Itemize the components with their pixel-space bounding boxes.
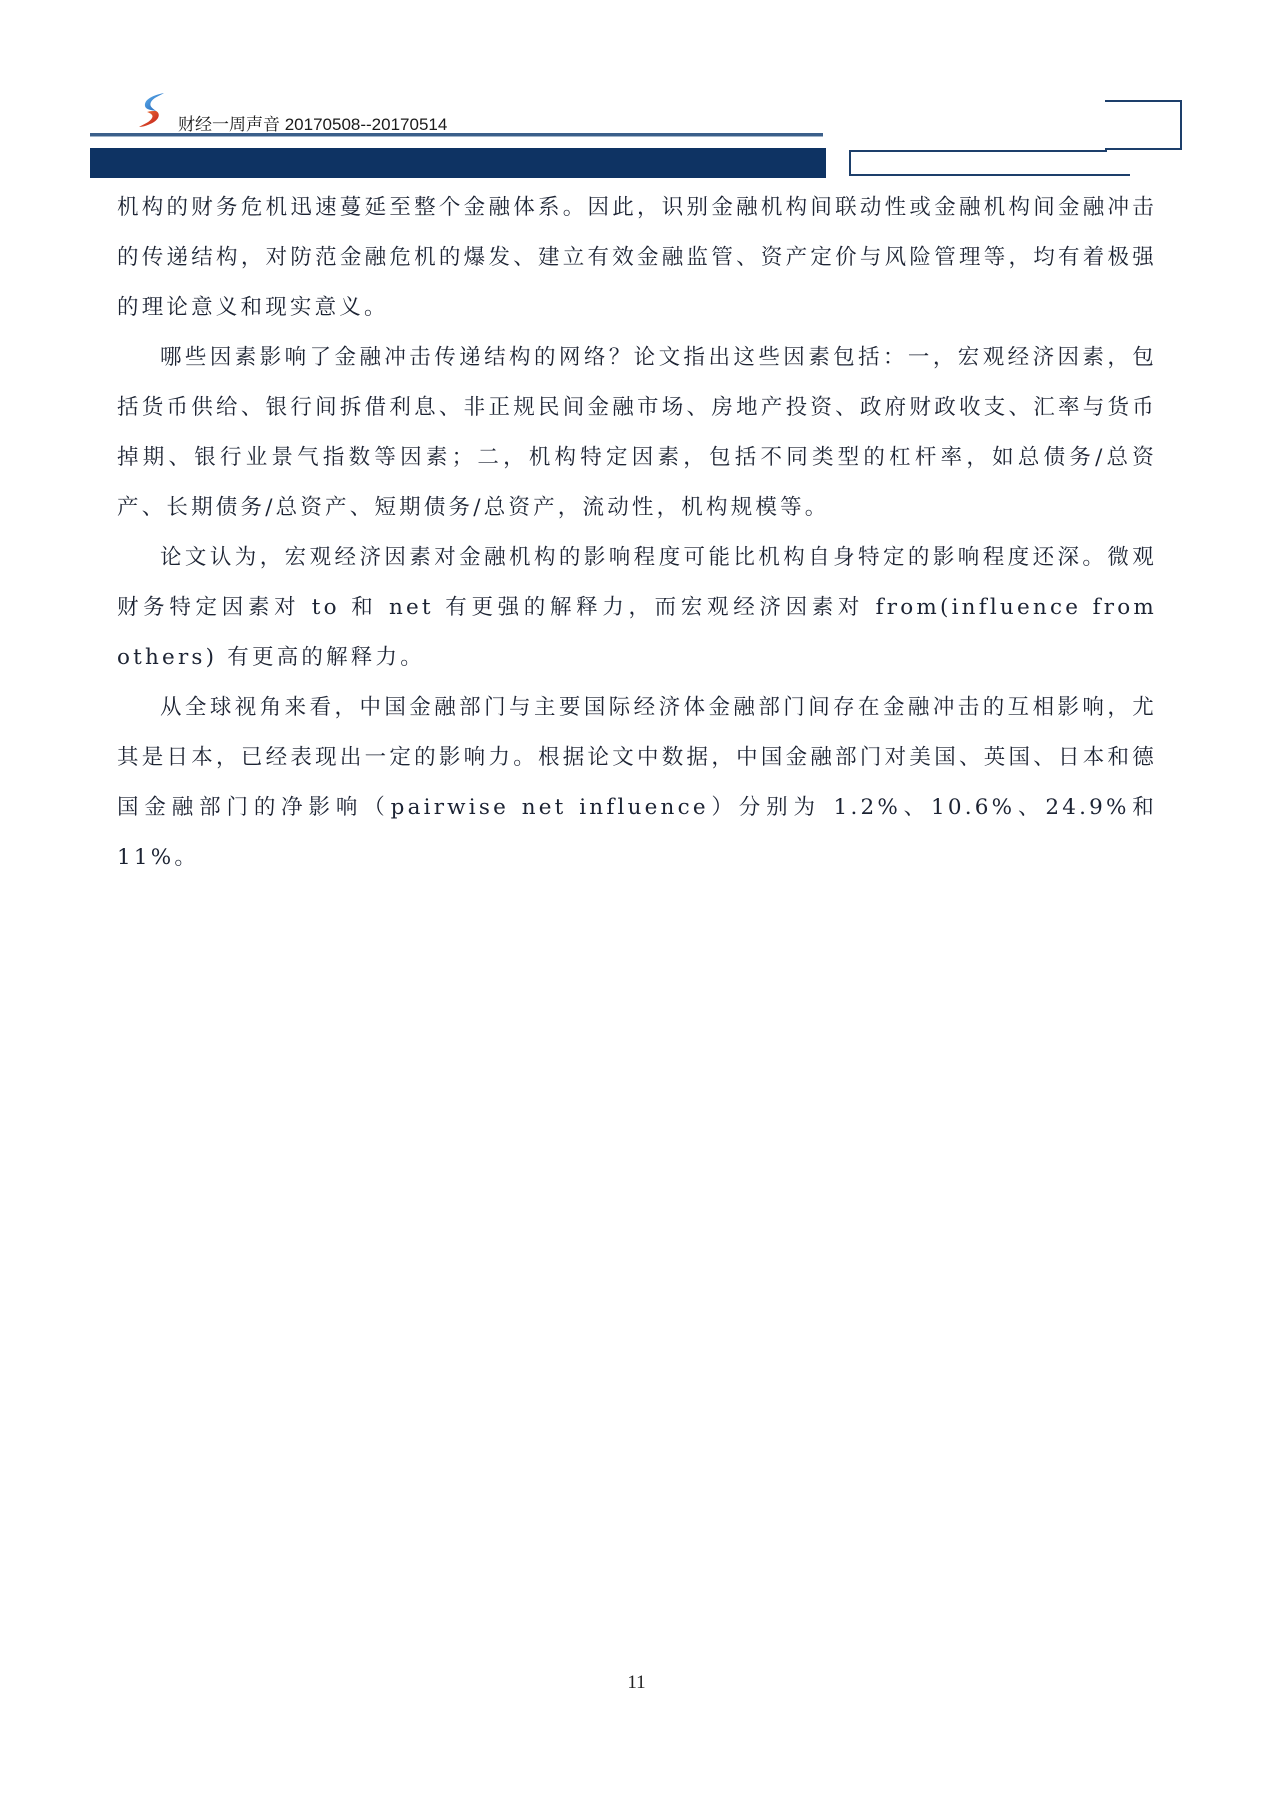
paragraph-influencing-factors: 哪些因素影响了金融冲击传递结构的网络？论文指出这些因素包括：一，宏观经济因素，包…	[117, 333, 1157, 533]
page-header: 财经一周声音 20170508--20170514	[0, 0, 1273, 180]
paragraph-continuation: 机构的财务危机迅速蔓延至整个金融体系。因此，识别金融机构间联动性或金融机构间金融…	[117, 183, 1157, 333]
header-frame-decoration	[1105, 100, 1182, 150]
s-swoosh-logo-icon	[138, 92, 166, 128]
paragraph-macro-vs-micro: 论文认为，宏观经济因素对金融机构的影响程度可能比机构自身特定的影响程度还深。微观…	[117, 533, 1157, 683]
header-frame-decoration-lower	[849, 150, 1107, 176]
page-number: 11	[0, 1672, 1273, 1694]
header-title: 财经一周声音 20170508--20170514	[178, 110, 447, 135]
header-frame-underline	[849, 174, 1130, 176]
article-body: 机构的财务危机迅速蔓延至整个金融体系。因此，识别金融机构间联动性或金融机构间金融…	[117, 183, 1157, 883]
header-divider-line	[90, 133, 823, 137]
header-band	[90, 148, 826, 178]
paragraph-global-perspective: 从全球视角来看，中国金融部门与主要国际经济体金融部门间存在金融冲击的互相影响，尤…	[117, 683, 1157, 883]
